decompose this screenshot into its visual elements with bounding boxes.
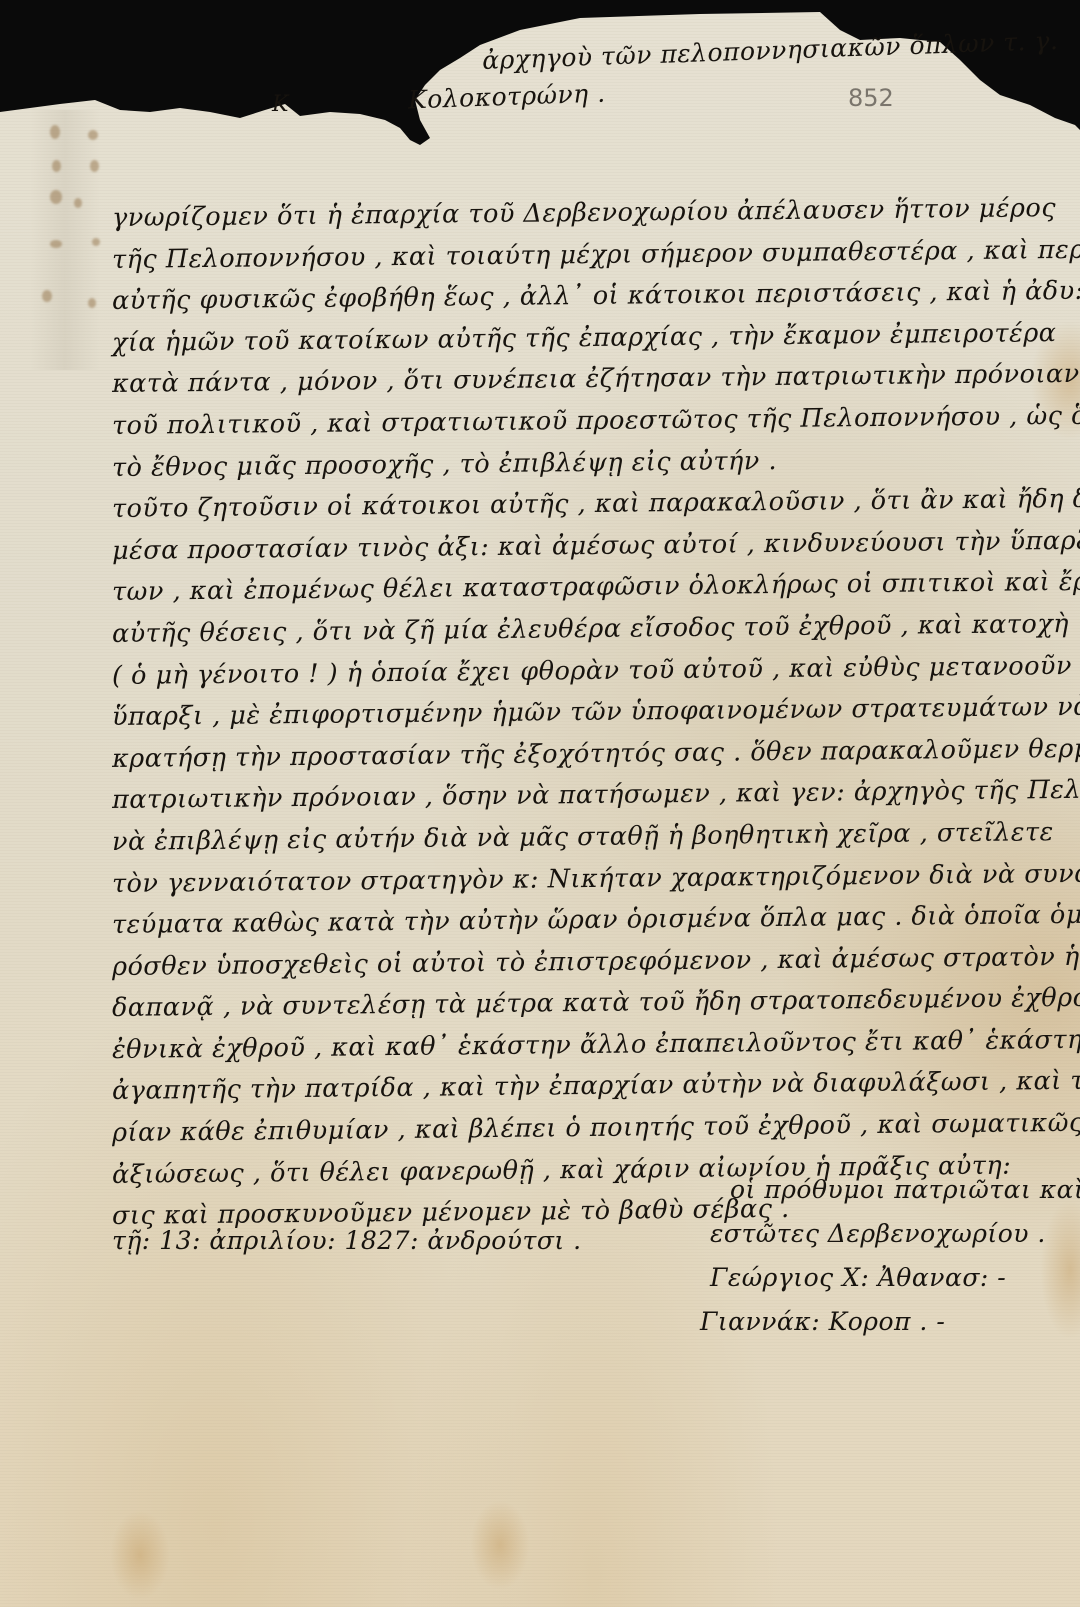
signature-line: οἱ πρόθυμοι πατριῶται καὶ προ: xyxy=(700,1168,1080,1212)
stain-mark xyxy=(50,240,62,248)
stain-mark xyxy=(88,130,98,140)
stain-mark xyxy=(74,198,82,208)
stain-mark xyxy=(88,298,96,308)
stain-mark xyxy=(90,160,99,172)
date-line: τῇ: 13: ἀπριλίου: 1827: ἀνδρούτσι . xyxy=(112,1226,582,1255)
stain-mark xyxy=(50,190,62,204)
header-left-fragment: Κ xyxy=(272,92,289,117)
stain-mark xyxy=(52,160,61,172)
archive-number: 852 xyxy=(848,84,894,112)
water-stain xyxy=(470,1500,530,1590)
signature-line: εστῶτες Δερβενοχωρίου . xyxy=(700,1212,1080,1256)
stain-mark xyxy=(50,125,60,139)
fold-shadow xyxy=(30,110,100,370)
stain-mark xyxy=(42,290,52,302)
signature-block: οἱ πρόθυμοι πατριῶται καὶ προ: εστῶτες Δ… xyxy=(700,1168,1080,1344)
water-stain xyxy=(110,1510,170,1600)
stain-mark xyxy=(92,238,100,246)
signature-line: Γιαννάκ: Κοροπ . - xyxy=(700,1300,1080,1344)
letter-body: γνωρίζομεν ὅτι ἡ ἐπαρχία τοῦ Δερβενοχωρί… xyxy=(112,198,1072,1238)
signature-line: Γεώργιος Χ: Ἀθανασ: - xyxy=(700,1256,1080,1300)
